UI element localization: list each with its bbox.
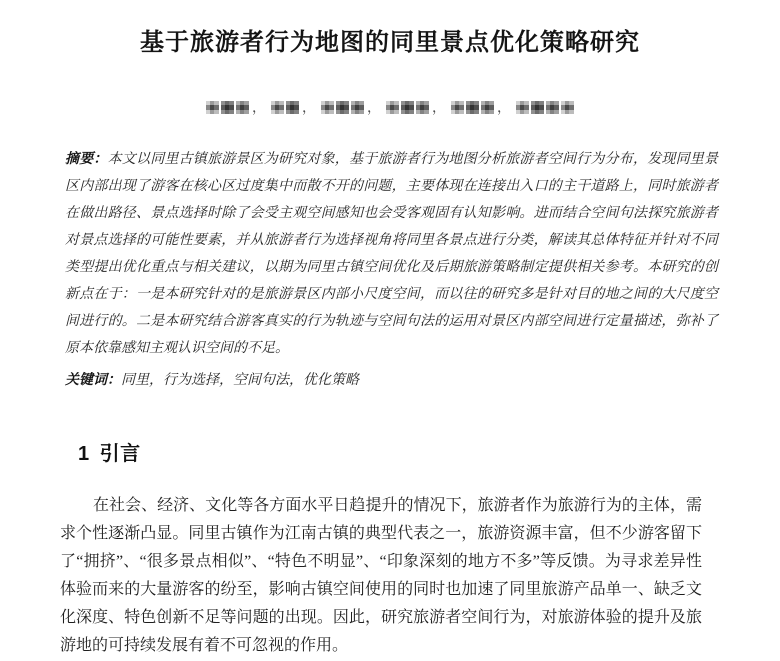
abstract-label: 摘要： bbox=[65, 152, 108, 167]
author-separator: ， bbox=[302, 102, 316, 116]
section-heading-introduction: 1引言 bbox=[78, 440, 780, 468]
author-separator: ， bbox=[252, 102, 266, 116]
paper-title: 基于旅游者行为地图的同里景点优化策略研究 bbox=[0, 26, 780, 60]
author-separator: ， bbox=[367, 102, 381, 116]
author-name-redacted bbox=[205, 101, 250, 114]
author-separator: ， bbox=[432, 102, 446, 116]
section-number: 1 bbox=[78, 443, 90, 465]
abstract-text: 本文以同里古镇旅游景区为研究对象，基于旅游者行为地图分析旅游者空间行为分布，发现… bbox=[65, 152, 718, 356]
keywords-label: 关键词： bbox=[65, 373, 121, 388]
abstract: 摘要：本文以同里古镇旅游景区为研究对象，基于旅游者行为地图分析旅游者空间行为分布… bbox=[65, 146, 718, 362]
author-name-redacted bbox=[515, 101, 575, 114]
keywords-text: 同里，行为选择，空间句法，优化策略 bbox=[121, 373, 359, 388]
author-name-redacted bbox=[450, 101, 495, 114]
authors-redacted: ，，，，， bbox=[0, 98, 780, 116]
document-page: 基于旅游者行为地图的同里景点优化策略研究 ，，，，， 摘要：本文以同里古镇旅游景… bbox=[0, 0, 780, 661]
author-name-redacted bbox=[270, 101, 300, 114]
author-name-redacted bbox=[385, 101, 430, 114]
section-title: 引言 bbox=[100, 443, 141, 465]
author-separator: ， bbox=[497, 102, 511, 116]
introduction-paragraph: 在社会、经济、文化等各方面水平日趋提升的情况下，旅游者作为旅游行为的主体，需求个… bbox=[60, 492, 702, 660]
author-name-redacted bbox=[320, 101, 365, 114]
keywords: 关键词：同里，行为选择，空间句法，优化策略 bbox=[65, 367, 718, 394]
